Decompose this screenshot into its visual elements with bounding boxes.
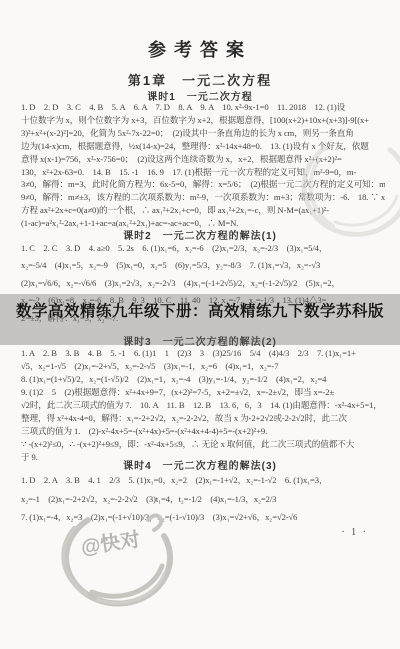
answer-line: 7. (1)x₁=-4，x₂=3 (2)x₁=(-1+√10)/3，x₂=(-1… <box>21 508 385 527</box>
answer-line: 3)²+x²+(x-2)²]=20，化简为 5x²-7x-22=0； (2)设其… <box>21 127 385 140</box>
answer-line: 1. D 2. D 3. C 4. B 5. A 6. A 7. D 8. A … <box>21 101 385 114</box>
answer-line: 十位数字为 x，则个位数字为 x+3，百位数字为 x+2，根据题意得，[100(… <box>21 114 385 127</box>
answer-line: 3≠0，解得：m=3，此时化简方程为：6x-5=0，解得：x=5/6； (2)根… <box>21 178 385 191</box>
answer-line: 三项式的值为 1. (2)-x²-4x+5=-(x²+4x)+5=-(x²+4x… <box>21 425 385 438</box>
watermark-banner-text: 数学高效精练九年级下册：高效精练九下数学苏科版 <box>16 299 384 321</box>
answer-line: 1. D 2. A 3. B 4. 1 2/3 5. (1)x₁=0，x₂=2 … <box>21 471 385 490</box>
answer-line: (2)x₁=√6/6，x₂=-√6/6 (3)x₁=2√3，x₂=-2√3 (4… <box>21 275 385 292</box>
answer-line: √2时，此二次三项式的值为 7. 10. A 11. B 12. B 13. 6… <box>21 399 385 412</box>
answer-line: 130，x²+2x-63=0. 14. B 15. -1 16. 9 17. (… <box>21 166 385 179</box>
answer-line: x₂=-5/4 (4)x₁=5，x₂=-9 (5)x₁=0，x₂=5 (6)y₁… <box>21 257 385 274</box>
page-title: 参考答案 <box>0 36 400 62</box>
answer-line: 9≠0，解得：m≠±3，该方程的二次项系数为：m²-9，一次项系数为：m+3；常… <box>21 191 385 204</box>
answer-line: 1. C 2. C 3. D 4. a≥0 5. 2s 6. (1)x₁=6，x… <box>21 240 385 257</box>
answer-line: x₂=-1 (2)x₁=-2+2√2，x₂=-2-2√2 (3)t₁=4，t₂=… <box>21 490 385 509</box>
lesson-4-answers: 1. D 2. A 3. B 4. 1 2/3 5. (1)x₁=0，x₂=2 … <box>21 471 385 527</box>
answer-line: 意得 x(x-1)=756，x²-x-756=0； (2)设这两个连续奇数为 x… <box>21 153 385 166</box>
answer-line: 方程 ax²+2x+c=0(a≠0)的一个根，∴ ax₁²+2x₁+c=0，即 … <box>21 204 385 217</box>
answer-line: 9. (1)2 5 (2)根据题意得：x²+4x+9=7，(x+2)²=7-5，… <box>21 386 385 399</box>
answer-line: 整理，得 x²+4x-4=0，解得：x₁=-2+2√2，x₂=-2-2√2，故当… <box>21 412 385 425</box>
chapter-title: 第1章 一元二次方程 <box>0 70 400 89</box>
lesson-1-answers: 1. D 2. D 3. C 4. B 5. A 6. A 7. D 8. A … <box>21 101 385 230</box>
answer-line: 8. (1)x₁=(1+√5)/2，x₂=(1-√5)/2 (2)x₁=1，x₂… <box>21 373 385 386</box>
lesson-4-heading: 课时4 一元二次方程的解法(3) <box>0 457 400 472</box>
answer-line: ∵ -(x+2)²≤0，∴ -(x+2)²+9≤9，即：-x²-4x+5≤9，∴… <box>21 438 385 451</box>
watermark-banner-band: 数学高效精练九年级下册：高效精练九下数学苏科版 <box>0 294 400 345</box>
answer-line: 边为(14-x)cm，根据题意得，½x(14-x)=24，整理得：x²-14x+… <box>21 140 385 153</box>
lesson-3-answers: 1. A 2. B 3. B 4. B 5. -1 6. (1)1 1 (2)3… <box>21 347 385 464</box>
scanned-answer-page: { "page": { "title": "参考答案", "chapter": … <box>0 0 400 649</box>
page-number: · 1 · <box>341 527 368 538</box>
stamp-handle-text: @快对 <box>79 527 141 559</box>
answer-line: 1. A 2. B 3. B 4. B 5. -1 6. (1)1 1 (2)3… <box>21 347 385 360</box>
answer-line: √5，x₂=1-√5 (2)x₁=-2+√5，x₂=-2-√5 (3)x₁=-1… <box>21 360 385 373</box>
